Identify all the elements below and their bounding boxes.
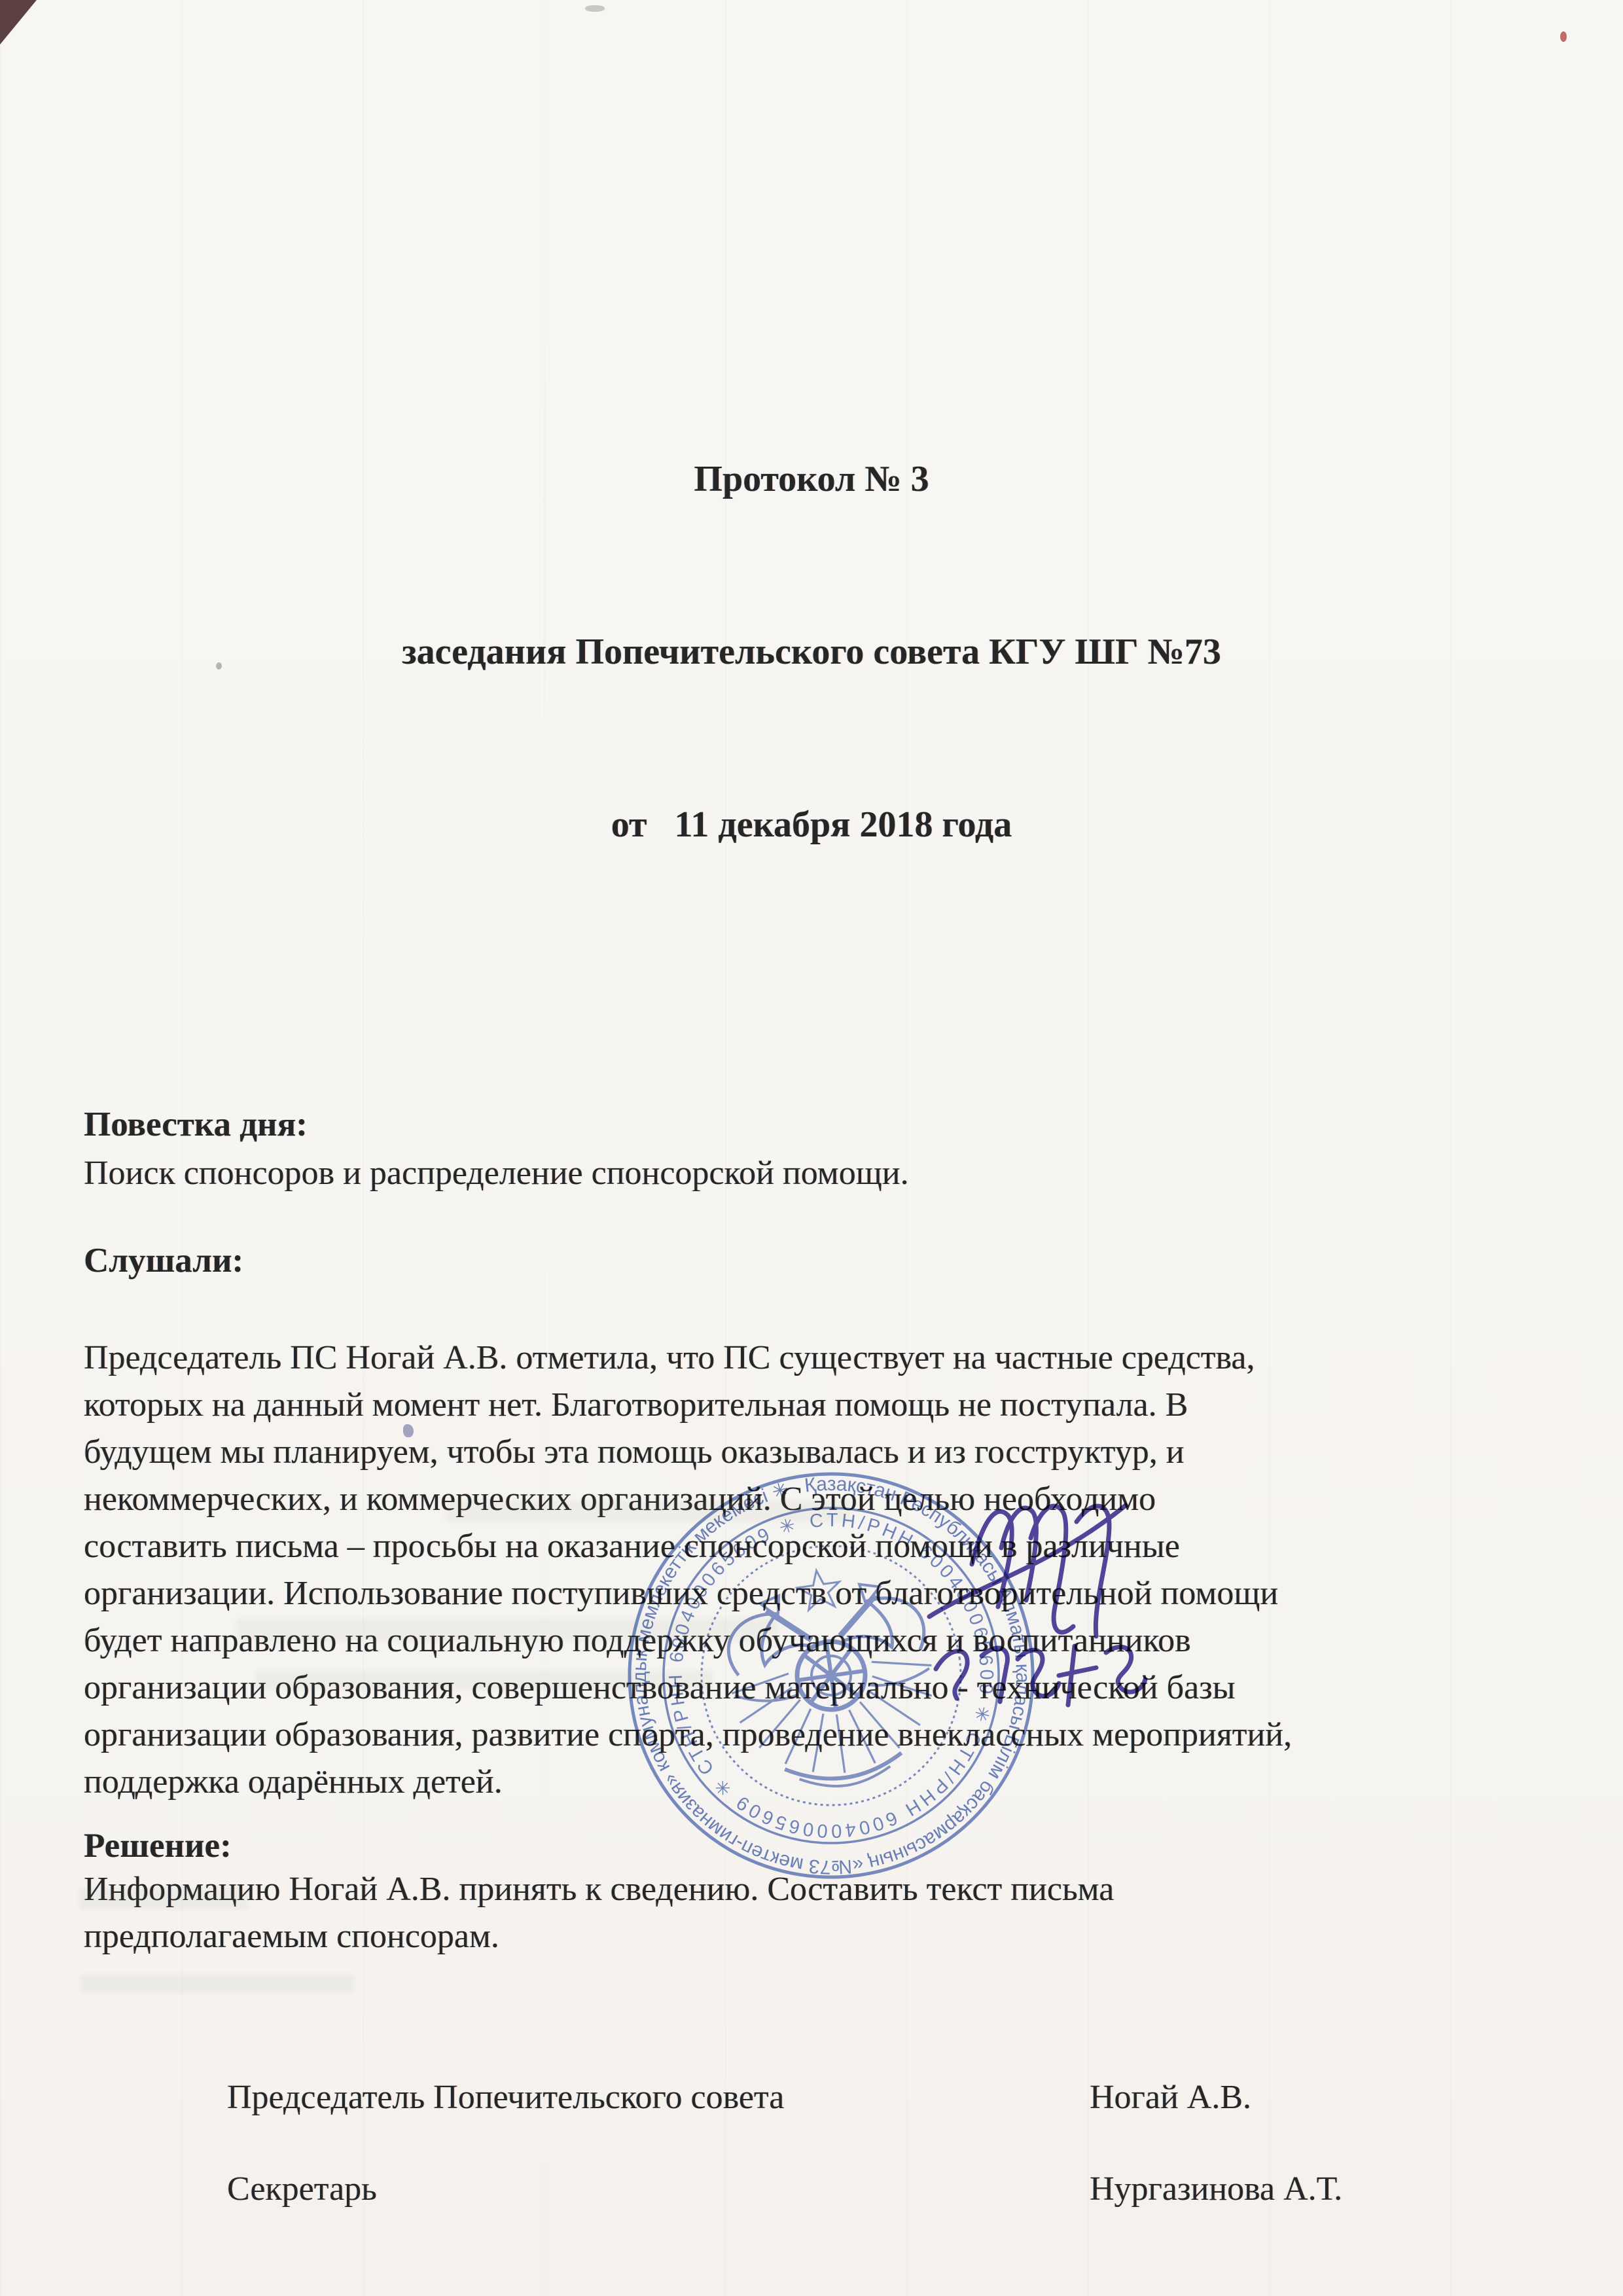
scan-corner-artifact — [0, 0, 37, 45]
signature-name: Ногай А.В. — [1090, 2078, 1251, 2117]
signature-block: Председатель Попечительского совета Нога… — [0, 2078, 1623, 2210]
protocol-title-line: от 11 декабря 2018 года — [85, 803, 1538, 846]
agenda-text: Поиск спонсоров и распределение спонсорс… — [84, 1150, 1538, 1197]
heard-paragraph-line: которых на данный момент нет. Благотвори… — [84, 1382, 1538, 1429]
bleed-through-text — [79, 1888, 249, 1910]
scan-speck — [585, 5, 605, 12]
document-page: Протокол № 3 заседания Попечительского с… — [0, 0, 1623, 2296]
scan-speck — [403, 1424, 414, 1437]
signature-name: Нургазинова А.Т. — [1090, 2170, 1342, 2208]
signature-row: Секретарь Нургазинова А.Т. — [0, 2170, 1623, 2210]
signature-row: Председатель Попечительского совета Нога… — [0, 2078, 1623, 2119]
agenda-section: Повестка дня: Поиск спонсоров и распреде… — [84, 1104, 1538, 1197]
heard-heading: Слушали: — [84, 1240, 1538, 1281]
handwritten-signature — [910, 1486, 1185, 1721]
heard-paragraph-line: Председатель ПС Ногай А.В. отметила, что… — [84, 1335, 1538, 1382]
agenda-heading: Повестка дня: — [84, 1104, 1538, 1145]
protocol-title-line: заседания Попечительского совета КГУ ШГ … — [85, 630, 1538, 673]
signature-role: Председатель Попечительского совета — [227, 2078, 784, 2117]
scan-speck — [1560, 31, 1567, 42]
protocol-title: Протокол № 3 заседания Попечительского с… — [85, 285, 1538, 933]
scan-speck — [216, 662, 222, 670]
protocol-title-line: Протокол № 3 — [85, 457, 1538, 501]
signature-role: Секретарь — [227, 2170, 377, 2208]
bleed-through-text — [80, 1974, 355, 1994]
decision-paragraph-line: предполагаемым спонсорам. — [84, 1913, 1538, 1960]
